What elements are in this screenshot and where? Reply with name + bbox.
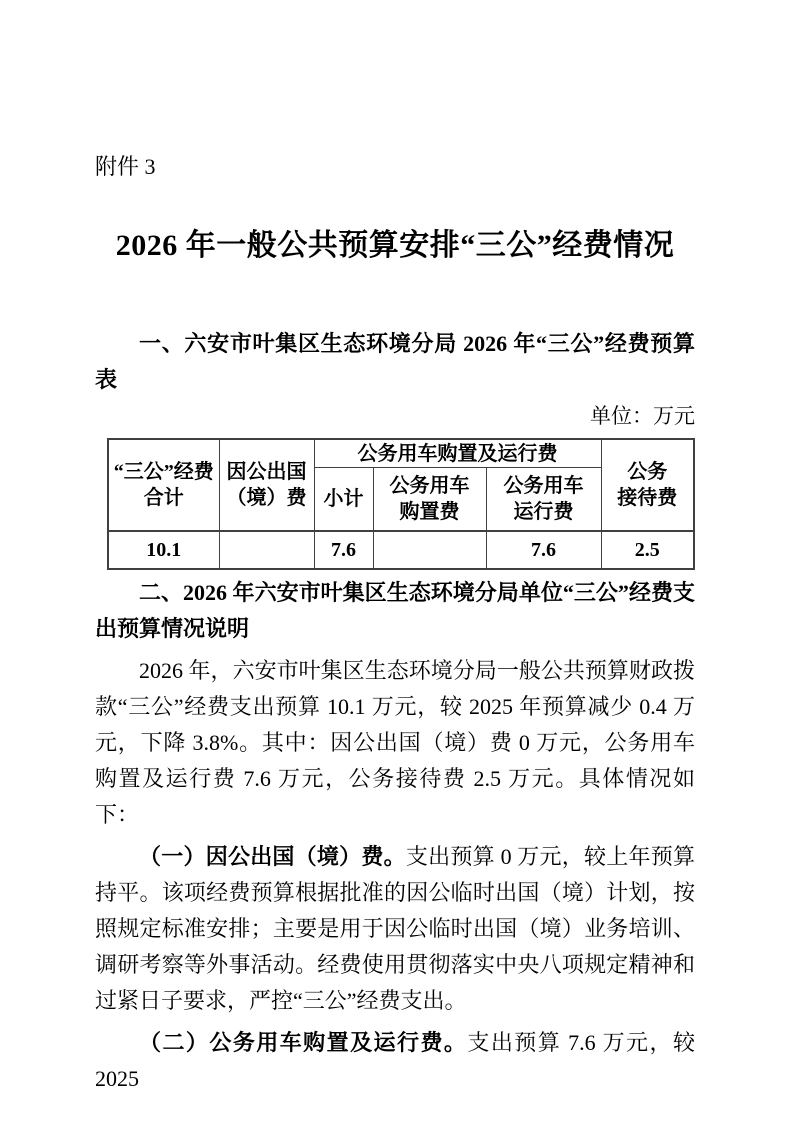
header-vehicle-group: 公务用车购置及运行费 — [314, 439, 601, 468]
table-unit-label: 单位：万元 — [95, 400, 695, 432]
section2-heading: 二、2026 年六安市叶集区生态环境分局单位“三公”经费支出预算情况说明 — [95, 575, 695, 647]
paragraph-abroad-fee-lead: （一）因公出国（境）费。 — [139, 844, 406, 869]
attachment-label: 附件 3 — [95, 150, 695, 183]
header-vehicle-subtotal: 小计 — [314, 468, 373, 532]
header-vehicle-purchase: 公务用车 购置费 — [373, 468, 486, 532]
paragraph-abroad-fee-text: 支出预算 0 万元，较上年预算持平。该项经费预算根据批准的因公临时出国（境）计划… — [95, 844, 695, 1013]
paragraph-overview-text: 2026 年，六安市叶集区生态环境分局一般公共预算财政拨款“三公”经费支出预算 … — [95, 658, 695, 827]
cell-total: 10.1 — [108, 531, 219, 569]
cell-vehicle-operation: 7.6 — [486, 531, 601, 569]
paragraph-vehicle-fee-lead: （二）公务用车购置及运行费。 — [139, 1030, 467, 1055]
cell-reception-fee: 2.5 — [601, 531, 694, 569]
paragraph-overview: 2026 年，六安市叶集区生态环境分局一般公共预算财政拨款“三公”经费支出预算 … — [95, 653, 695, 833]
paragraph-abroad-fee: （一）因公出国（境）费。支出预算 0 万元，较上年预算持平。该项经费预算根据批准… — [95, 839, 695, 1019]
header-abroad-fee: 因公出国 （境）费 — [219, 439, 314, 531]
header-vehicle-operation: 公务用车 运行费 — [486, 468, 601, 532]
cell-vehicle-subtotal: 7.6 — [314, 531, 373, 569]
paragraph-vehicle-fee: （二）公务用车购置及运行费。支出预算 7.6 万元，较 2025 — [95, 1025, 695, 1097]
header-reception-fee: 公务 接待费 — [601, 439, 694, 531]
cell-abroad-fee — [219, 531, 314, 569]
cell-vehicle-purchase — [373, 531, 486, 569]
section1-heading: 一、六安市叶集区生态环境分局 2026 年“三公”经费预算表 — [95, 326, 695, 398]
document-page: 附件 3 2026 年一般公共预算安排“三公”经费情况 一、六安市叶集区生态环境… — [0, 0, 793, 1122]
budget-table: “三公”经费 合计 因公出国 （境）费 公务用车购置及运行费 公务 接待费 小计… — [107, 438, 695, 570]
table-header-row-1: “三公”经费 合计 因公出国 （境）费 公务用车购置及运行费 公务 接待费 — [108, 439, 694, 468]
table-data-row: 10.1 7.6 7.6 2.5 — [108, 531, 694, 569]
document-title: 2026 年一般公共预算安排“三公”经费情况 — [95, 226, 695, 266]
header-total: “三公”经费 合计 — [108, 439, 219, 531]
